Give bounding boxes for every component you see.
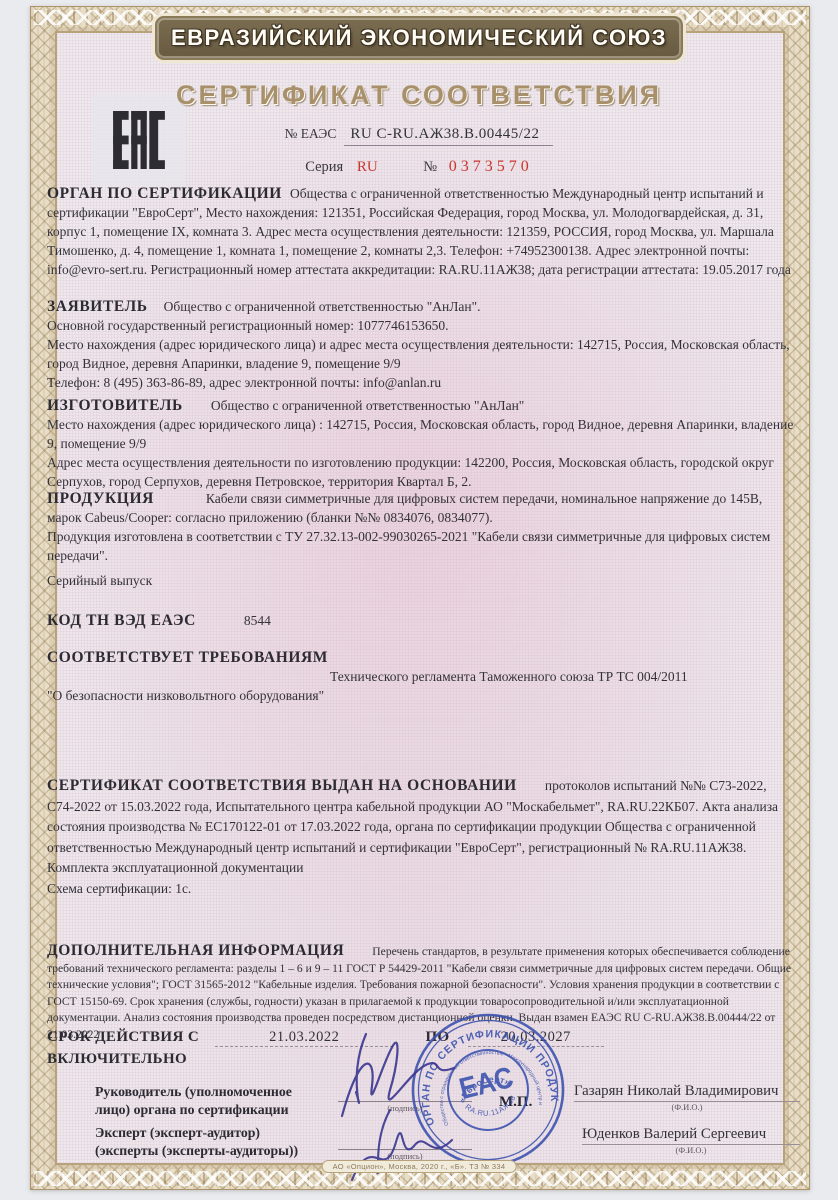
head-name-caption: (Ф.И.О.) bbox=[574, 1102, 800, 1112]
section-text: Место нахождения (адрес юридического лиц… bbox=[47, 415, 795, 453]
section-text: Общество с ограниченной ответственностью… bbox=[164, 299, 481, 314]
certificate-number-label: № ЕАЭС bbox=[285, 126, 337, 141]
expert-role-line: Эксперт (эксперт-аудитор) bbox=[95, 1124, 355, 1142]
series-row: Серия RU № 0373570 bbox=[30, 158, 808, 176]
series-value: RU bbox=[357, 159, 378, 175]
section-label: СООТВЕТСТВУЕТ ТРЕБОВАНИЯМ bbox=[47, 649, 328, 666]
tnved-code-value: 8544 bbox=[244, 613, 271, 628]
section-applicant: ЗАЯВИТЕЛЬОбщество с ограниченной ответст… bbox=[47, 297, 795, 392]
expert-role-line: (эксперты (эксперты-аудиторы)) bbox=[95, 1142, 355, 1160]
union-banner: ЕВРАЗИЙСКИЙ ЭКОНОМИЧЕСКИЙ СОЮЗ bbox=[155, 16, 683, 60]
head-role-line: лицо) органа по сертификации bbox=[95, 1101, 355, 1119]
blank-number-sign: № bbox=[423, 159, 437, 175]
section-certification-body: ОРГАН ПО СЕРТИФИКАЦИИОбщества с ограниче… bbox=[47, 184, 795, 279]
section-text: "О безопасности низковольтного оборудова… bbox=[47, 686, 795, 705]
head-role-line: Руководитель (уполномоченное bbox=[95, 1083, 355, 1101]
section-text: Телефон: 8 (495) 363-86-89, адрес электр… bbox=[47, 373, 795, 392]
section-label: ИЗГОТОВИТЕЛЬ bbox=[47, 397, 183, 414]
section-label: ОРГАН ПО СЕРТИФИКАЦИИ bbox=[47, 185, 282, 202]
printing-house-note: АО «Опцион», Москва, 2020 г., «Б». ТЗ № … bbox=[322, 1160, 517, 1173]
certification-scheme: Схема сертификации: 1с. bbox=[47, 879, 795, 900]
section-product: ПРОДУКЦИЯКабели связи симметричные для ц… bbox=[47, 489, 795, 590]
section-text: Продукция изготовлена в соответствии с Т… bbox=[47, 527, 795, 565]
section-manufacturer: ИЗГОТОВИТЕЛЬОбщество с ограниченной отве… bbox=[47, 396, 795, 491]
validity-from-label: СРОК ДЕЙСТВИЯ С bbox=[47, 1029, 199, 1045]
head-name: Газарян Николай Владимирович bbox=[574, 1083, 800, 1102]
section-text: Место нахождения (адрес юридического лиц… bbox=[47, 335, 795, 373]
section-label: СЕРТИФИКАТ СООТВЕТСТВИЯ ВЫДАН НА ОСНОВАН… bbox=[47, 777, 517, 794]
certificate-number-row: № ЕАЭС RU C-RU.АЖ38.В.00445/22 bbox=[30, 125, 808, 146]
section-text: Технического регламента Таможенного союз… bbox=[47, 667, 795, 686]
section-text: Адрес места осуществления деятельности п… bbox=[47, 453, 795, 491]
section-complies-with: СООТВЕТСТВУЕТ ТРЕБОВАНИЯМ Технического р… bbox=[47, 648, 795, 705]
section-text: Основной государственный регистрационный… bbox=[47, 316, 795, 335]
series-label: Серия bbox=[305, 159, 343, 175]
head-role-label: Руководитель (уполномоченное лицо) орган… bbox=[95, 1083, 355, 1119]
expert-signature-ink bbox=[344, 1104, 464, 1196]
section-tnved-code: КОД ТН ВЭД ЕАЭС8544 bbox=[47, 611, 795, 630]
certificate-page: ЕВРАЗИЙСКИЙ ЭКОНОМИЧЕСКИЙ СОЮЗ СЕРТИФИКА… bbox=[0, 0, 838, 1200]
section-label: ЗАЯВИТЕЛЬ bbox=[47, 298, 148, 315]
expert-role-label: Эксперт (эксперт-аудитор) (эксперты (экс… bbox=[95, 1124, 355, 1160]
blank-number-value: 0373570 bbox=[449, 158, 533, 175]
section-issued-basis: СЕРТИФИКАТ СООТВЕТСТВИЯ ВЫДАН НА ОСНОВАН… bbox=[47, 776, 795, 899]
section-label: ДОПОЛНИТЕЛЬНАЯ ИНФОРМАЦИЯ bbox=[47, 942, 344, 959]
section-label: КОД ТН ВЭД ЕАЭС bbox=[47, 612, 196, 629]
section-label: ПРОДУКЦИЯ bbox=[47, 490, 154, 507]
union-banner-text: ЕВРАЗИЙСКИЙ ЭКОНОМИЧЕСКИЙ СОЮЗ bbox=[171, 25, 667, 51]
expert-name-caption: (Ф.И.О.) bbox=[582, 1145, 800, 1155]
section-text: Кабели связи симметричные для цифровых с… bbox=[47, 491, 762, 525]
section-text: Общество с ограниченной ответственностью… bbox=[211, 398, 524, 413]
certificate-number-value: RU C-RU.АЖ38.В.00445/22 bbox=[344, 126, 553, 146]
document-title: СЕРТИФИКАТ СООТВЕТСТВИЯ bbox=[30, 80, 808, 111]
section-text: Серийный выпуск bbox=[47, 571, 795, 590]
expert-name: Юденков Валерий Сергеевич bbox=[582, 1126, 800, 1145]
